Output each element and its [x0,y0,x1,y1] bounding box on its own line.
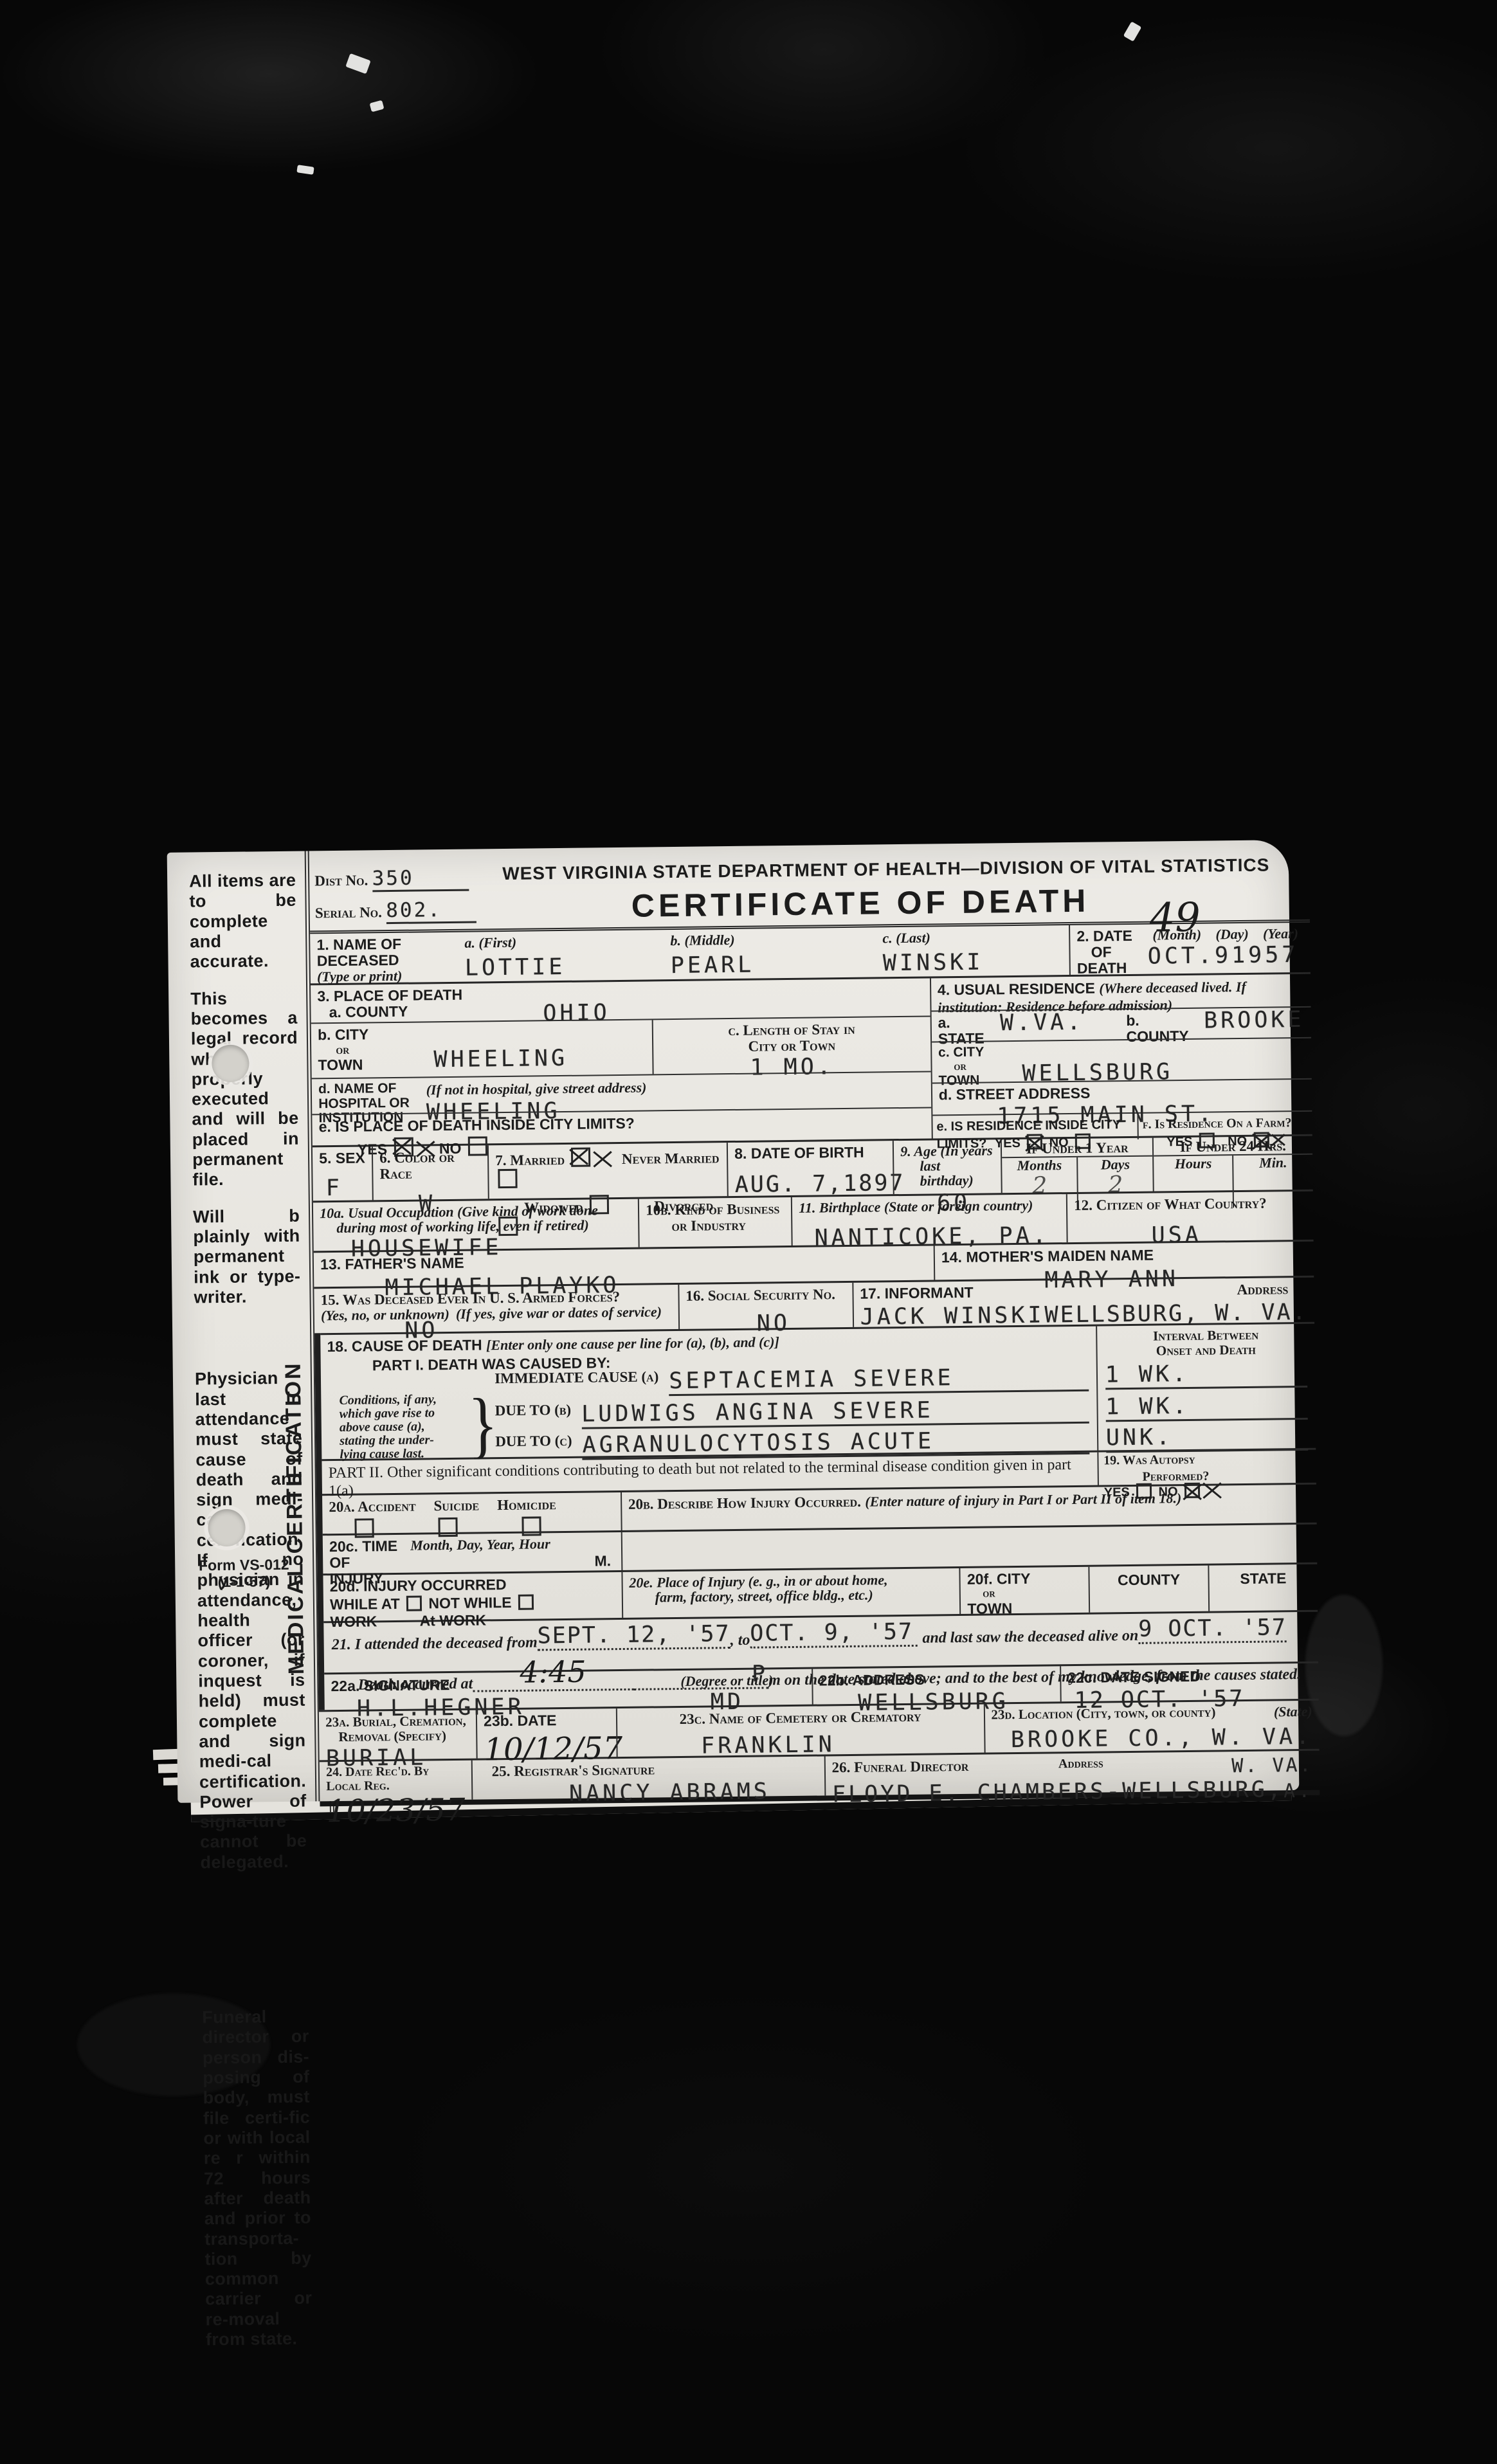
place-of-injury-label2: farm, factory, street, office bldg., etc… [630,1586,954,1605]
last-name-label: c. (Last) [882,929,1062,945]
time-of-injury-label: 20c. TIME [329,1538,397,1555]
describe-injury-note: (Enter nature of injury in Part I or Par… [865,1490,1181,1510]
date-of-death-label: 2. DATE [1076,928,1138,945]
injury-county-label: COUNTY [1096,1572,1202,1589]
hospital-label2: HOSPITAL OR [318,1096,410,1111]
married-checkbox-checked [571,1147,590,1166]
last-seen-alive-value: 9 OCT. '57 [1138,1615,1287,1642]
hole-punch [208,1509,246,1547]
date-of-birth-value: AUG. 7,1897 [735,1170,887,1198]
margin-paragraph: This becomes a legal record when properl… [190,988,300,1190]
conditions-line: stating the under- [340,1433,468,1448]
certificate-form: Dist No. 350 Serial No. 802. WEST VIRGIN… [305,840,1320,1802]
usual-residence-block: 4. USUAL RESIDENCE (Where deceased lived… [930,974,1312,1139]
scan-background: Form VS-012 (1-1-57) 10/29/57 NANCY ABRA… [0,0,1497,2464]
signature-label: 22a. SIGNATURE [331,1676,449,1694]
funeral-director-value-fragment: A. [1284,1780,1314,1803]
burial-location-value: BROOKE CO., W. VA. [1011,1724,1313,1753]
sex-value: F [326,1175,366,1201]
kind-of-business-label: 10b. Kind of Business [646,1200,785,1218]
meridiem-label: M. [594,1553,611,1569]
dist-no-label: Dist No. [314,872,368,889]
injury-occurred-label: 20d. INJURY OCCURRED [330,1575,615,1595]
immediate-cause-value: SEPTACEMIA SEVERE [669,1365,954,1394]
never-married-checkbox [498,1169,517,1188]
year-label: (Year) [1263,926,1298,941]
suicide-label: Suicide [433,1497,479,1514]
medical-certification-section: 18. CAUSE OF DEATH [Enter only one cause… [314,1322,1318,1710]
form-header: Dist No. 350 Serial No. 802. WEST VIRGIN… [309,855,1310,931]
date-signed-label: 22c. DATE SIGNED [1067,1668,1201,1686]
armed-forces-note2: (If yes, give war or dates of service) [456,1305,662,1322]
kind-of-business-label2: or Industry [646,1217,785,1235]
residence-on-farm-label: f. Is Residence On a Farm? [1143,1116,1292,1132]
informant-address-label: Address [1237,1281,1288,1298]
funeral-director-value: FLOYD E. CHAMBERS-WELLSBURG, [832,1777,1284,1807]
injury-city-label: 20f. CITY [967,1570,1082,1588]
due-to-c-label: DUE TO (c) [495,1433,572,1461]
conditions-line: above cause (a), [340,1420,468,1435]
if-under-24-hrs-label: If Under 24 Hrs. [1154,1137,1312,1157]
cause-of-death-note: [Enter only one cause per line for (a), … [486,1334,779,1353]
scan-artifact [370,100,385,113]
date-of-death-label2: OF [1077,944,1139,961]
death-month-value: OCT. [1148,943,1215,970]
informant-label: 17. INFORMANT [860,1285,974,1302]
describe-injury-label: 20b. Describe How Injury Occurred. [628,1494,861,1512]
day-label: (Day) [1215,927,1249,942]
if-under-1-year-label: If Under 1 Year [1002,1139,1152,1159]
cemetery-label: 23c. Name of Cemetery or Crematory [624,1708,977,1728]
hole-punch [212,1045,250,1083]
citizen-label: 12. Citizen of What Country? [1074,1195,1307,1213]
death-certificate-sheet: All items are to be complete and accurat… [167,840,1300,1803]
while-at-work-checkbox [406,1595,422,1611]
registrar-signature-value: NANCY ABRAMS [569,1779,818,1807]
month-label: (Month) [1152,927,1201,943]
due-to-c-value: AGRANULOCYTOSIS ACUTE [582,1428,934,1458]
date-of-death-label3: DEATH [1077,959,1139,976]
injury-town-label: TOWN [967,1600,1082,1617]
burial-location-state-label: (State) [1274,1704,1312,1719]
scan-artifact [1123,21,1142,42]
date-received-value: 10/23/57 [326,1792,465,1829]
time-of-injury-label2: OF [329,1554,397,1571]
months-label: Months [1002,1157,1076,1173]
scan-artifact [345,53,370,74]
burial-location-label: 23d. Location (City, town, or county) [991,1705,1215,1723]
color-race-label: 6. Color or Race [379,1148,482,1182]
address-label: 22b. ADDRESS [819,1671,925,1689]
burial-label: 23a. Burial, Cremation, [325,1714,469,1730]
department-line: WEST VIRGINIA STATE DEPARTMENT OF HEALTH… [502,855,1274,883]
homicide-label: Homicide [497,1496,556,1513]
never-married-label: Never Married [622,1150,720,1167]
attended-text2: , to [730,1633,750,1649]
hospital-label: d. NAME OF [318,1082,410,1097]
middle-name-label: b. (Middle) [670,931,869,948]
margin-paragraph: Funeral director or person dis-posing of… [202,2007,313,2350]
at-work-label: At WORK [419,1611,486,1629]
burial-date-label: 23b. DATE [484,1712,610,1729]
row-cause-of-death: 18. CAUSE OF DEATH [Enter only one cause… [320,1322,1316,1460]
residence-county-label: b. COUNTY [1126,1012,1200,1036]
cause-of-death-label: 18. CAUSE OF DEATH [327,1336,482,1355]
state-label: a. STATE [938,1014,996,1038]
margin-paragraph: Will b plainly with permanent ink or typ… [193,1206,301,1307]
place-of-death-block: 3. PLACE OF DEATH a. COUNTY OHIO b. CITY… [311,978,931,1145]
registrar-signature-label: 25. Registrar's Signature [491,1760,817,1780]
scan-artifact [296,165,314,175]
death-day-value: 9 [1215,943,1232,968]
fathers-name-label: 13. FATHER'S NAME [320,1255,464,1273]
occupation-label2: during most of working life, even if ret… [320,1217,631,1236]
interval-c-value: UNK. [1106,1424,1174,1451]
name-note: (Type or print) [317,968,452,984]
not-while-label: NOT WHILE [428,1594,511,1611]
attended-text1: 21. I attended the deceased from [332,1635,538,1653]
funeral-director-state-value: W. VA. [1231,1754,1313,1777]
name-label: 1. NAME OF [316,936,451,953]
death-year-value: 1957 [1231,942,1299,968]
conditions-line: which gave rise to [340,1406,468,1421]
injury-state-label: STATE [1215,1570,1311,1588]
serial-no-value: 802. [386,898,476,924]
work-label: WORK [330,1613,377,1630]
date-of-birth-label: 8. DATE OF BIRTH [734,1144,886,1162]
street-address-label: d. STREET ADDRESS [939,1083,1305,1103]
sex-label: 5. SEX [319,1150,365,1166]
last-name-value: WINSKI [883,948,1063,976]
state-value: W.VA. [1000,1010,1084,1037]
city-of-death-value: WHEELING [433,1046,568,1073]
dist-no-value: 350 [372,866,468,892]
serial-no-label: Serial No. [315,904,382,921]
x-mark [593,1150,612,1166]
certificate-title: CERTIFICATE OF DEATH [631,883,1089,923]
married-label: 7. Married [495,1152,565,1168]
due-to-b-label: DUE TO (b) [495,1402,572,1430]
funeral-director-label: 26. Funeral Director [831,1758,968,1782]
burial-label2: Removal (Specify) [325,1728,469,1745]
residence-county-value: BROOKE [1204,1007,1305,1035]
interval-header2: Onset and Death [1103,1342,1308,1359]
attended-text3: and last saw the deceased alive on [922,1628,1138,1647]
due-to-b-value: LUDWIGS ANGINA SEVERE [581,1397,934,1427]
age-label2: last birthday) [900,1157,995,1188]
ssn-label: 16. Social Security No. [685,1286,846,1304]
first-name-label: a. (First) [464,933,657,950]
first-name-value: LOTTIE [465,953,658,981]
funeral-director-address-label: Address [1058,1757,1103,1780]
injury-or-label: or [967,1586,1082,1601]
autopsy-label: 19. Was Autopsy [1103,1451,1311,1468]
usual-residence-label: 4. USUAL RESIDENCE [938,980,1095,999]
accident-label: 20a. Accident [329,1498,415,1516]
while-at-label: WHILE AT [330,1595,400,1613]
hospital-note: (If not in hospital, give street address… [426,1080,646,1098]
interval-b-value: 1 WK. [1105,1393,1190,1420]
days-label: Days [1078,1157,1152,1172]
birthplace-label: 11. Birthplace (State or foreign country… [799,1197,1060,1215]
date-received-label: 24. Date Rec'd. By Local Reg. [326,1764,465,1793]
degree-label: (Degree or title) [649,1672,805,1689]
mothers-maiden-name-label: 14. MOTHER'S MAIDEN NAME [941,1247,1154,1266]
conditions-note: Conditions, if any, which gave rise to a… [339,1393,468,1462]
medical-certification-vertical-label: MEDICAL CERTIFICATION [280,1330,310,1707]
margin-paragraph: All items are to be complete and accurat… [189,871,297,972]
conditions-line: Conditions, if any, [339,1393,467,1408]
informant-value: JACK WINSKI [860,1303,1044,1330]
name-label2: DECEASED [317,952,452,969]
death-inside-city-limits-label: e. IS PLACE OF DEATH INSIDE CITY LIMITS? [319,1115,635,1136]
age-label: 9. Age (In years [900,1143,994,1159]
conditions-brace: } [467,1381,498,1467]
not-while-at-work-checkbox [518,1594,534,1609]
middle-name-value: PEARL [671,951,870,979]
immediate-cause-label: IMMEDIATE CAUSE (a) [494,1368,659,1398]
attended-to-value: OCT. 9, '57 [750,1619,913,1647]
row-place-and-residence: 3. PLACE OF DEATH a. COUNTY OHIO b. CITY… [311,972,1312,1146]
interval-a-value: 1 WK. [1105,1361,1190,1388]
